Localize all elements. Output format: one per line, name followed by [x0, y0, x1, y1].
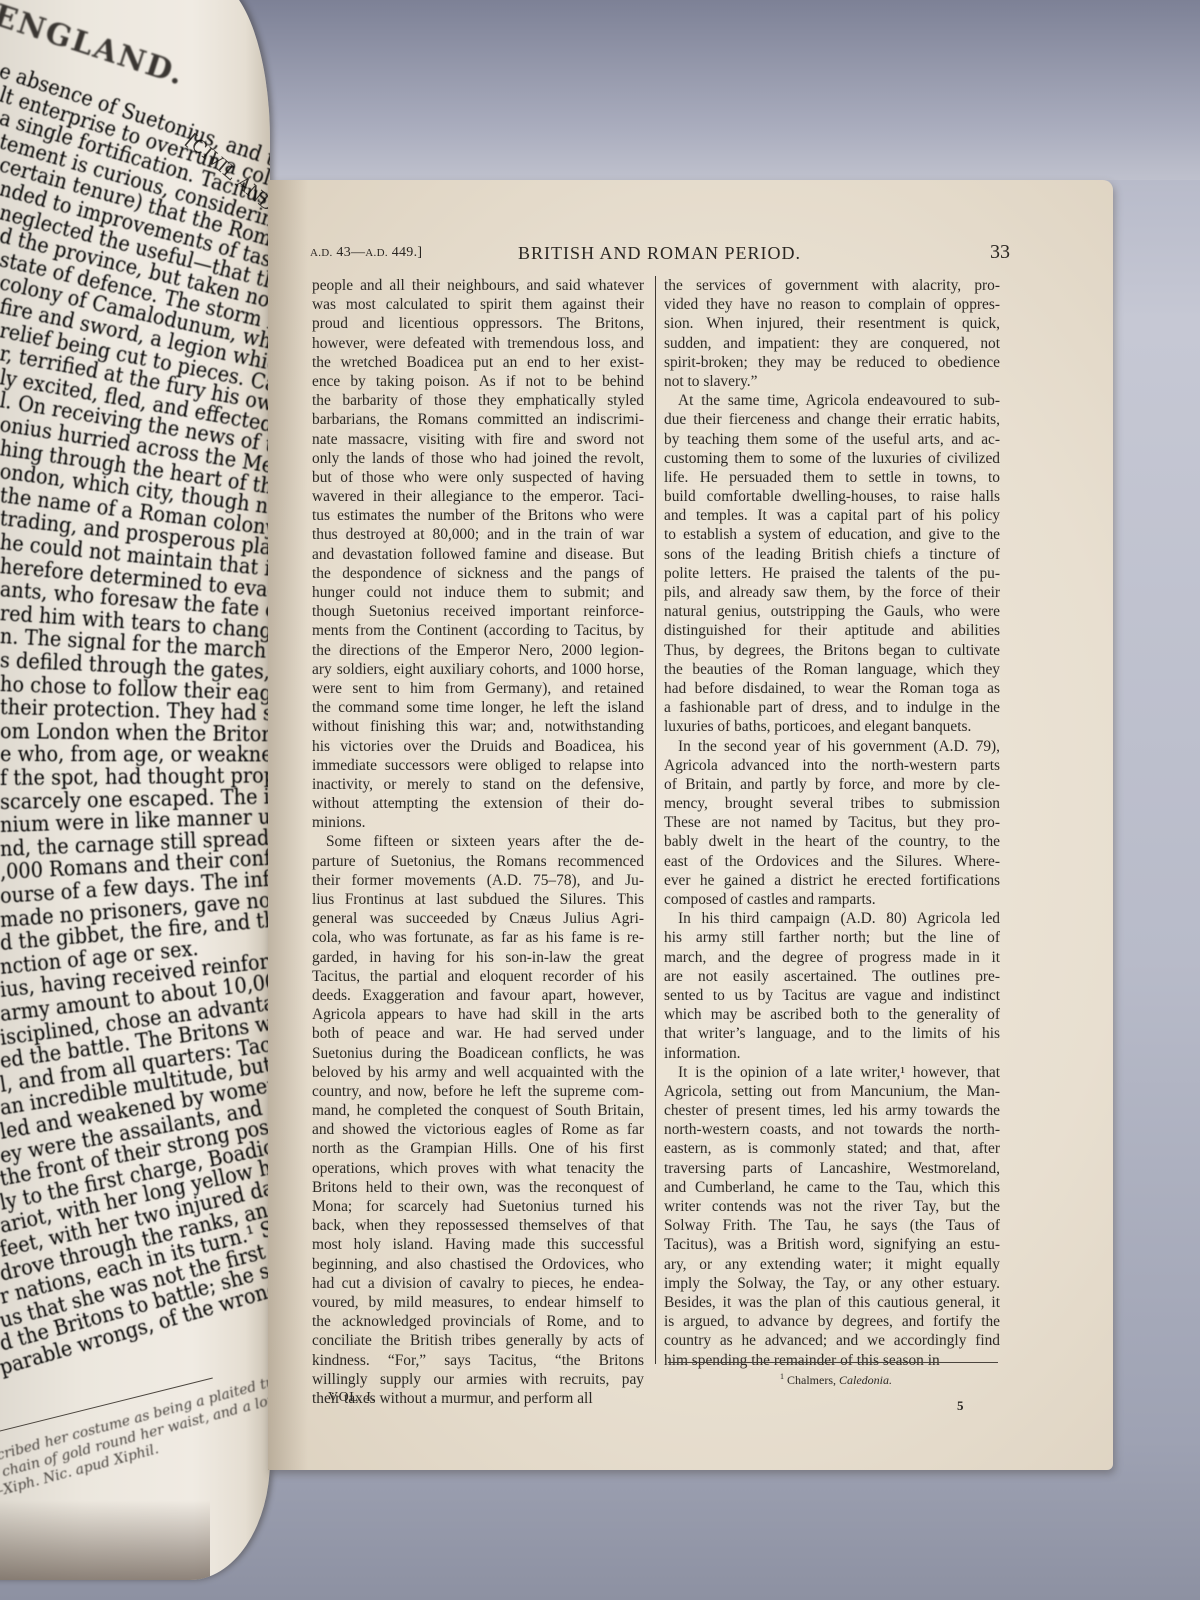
text-line: Britons held to their own, was the recon…: [312, 1178, 644, 1197]
text-line: east of the Ordovices and the Silures. W…: [664, 852, 1000, 871]
text-column-left: people and all their neighbours, and sai…: [312, 276, 644, 1408]
text-line: Tacitus), was a British word, signifying…: [664, 1235, 1000, 1254]
footnote: 1 Chalmers, Caledonia.: [780, 1372, 892, 1388]
text-line: back, when they repossessed themselves o…: [312, 1216, 644, 1235]
text-line: their former movements (A.D. 75–78), and…: [312, 871, 644, 890]
text-line: sudden, and impatient: they are conquere…: [664, 334, 1000, 353]
text-line: composed of castles and ramparts.: [664, 890, 1000, 909]
text-line: the directions of the Emperor Nero, 2000…: [312, 641, 644, 660]
text-line: lius Frontinus at last subdued the Silur…: [312, 890, 644, 909]
text-line: imply the Solway, the Tay, or any other …: [664, 1274, 1000, 1293]
volume-signature: VOL. I.: [328, 1390, 375, 1406]
text-line: chester of present times, led his army t…: [664, 1101, 1000, 1120]
text-line: kindness. “For,” says Tacitus, “the Brit…: [312, 1351, 644, 1370]
footnote-rule: [668, 1362, 998, 1363]
text-line: life. He persuaded them to settle in tow…: [664, 468, 1000, 487]
running-head-title: BRITISH AND ROMAN PERIOD.: [518, 243, 801, 264]
text-line: parture of Suetonius, the Romans recomme…: [312, 852, 644, 871]
text-line: These are not named by Tacitus, but they…: [664, 813, 1000, 832]
text-line: distinguished for their aptitude and abi…: [664, 621, 1000, 640]
text-line: Agricola advanced into the north-western…: [664, 756, 1000, 775]
text-line: Thus, by degrees, the Britons began to c…: [664, 641, 1000, 660]
text-line: beginning, and also chastised the Ordovi…: [312, 1255, 644, 1274]
text-line: was most calculated to spirit them again…: [312, 295, 644, 314]
text-line: willingly supply our armies with recruit…: [312, 1370, 644, 1389]
text-line: customing them to some of the luxuries o…: [664, 449, 1000, 468]
text-line: deeds. Exaggeration and favour apart, ho…: [312, 986, 644, 1005]
text-line: wavered in their allegiance to the emper…: [312, 487, 644, 506]
text-line: writer contends was not the river Tay, b…: [664, 1197, 1000, 1216]
text-line: Agricola, setting out from Mancunium, th…: [664, 1082, 1000, 1101]
text-line: At the same time, Agricola endeavoured t…: [664, 391, 1000, 410]
text-line: people and all their neighbours, and sai…: [312, 276, 644, 295]
text-line: beloved by his army and well acquainted …: [312, 1063, 644, 1082]
text-line: north-western coasts, and not towards th…: [664, 1120, 1000, 1139]
text-line: In his third campaign (A.D. 80) Agricola…: [664, 909, 1000, 928]
text-line: most holy island. Having made this succe…: [312, 1235, 644, 1254]
text-line: Some fifteen or sixteen years after the …: [312, 832, 644, 851]
text-line: the despondence of sickness and the pang…: [312, 564, 644, 583]
text-line: the barbarity of those they emphatically…: [312, 391, 644, 410]
text-line: by teaching them some of the useful arts…: [664, 430, 1000, 449]
text-line: proud and licentious oppressors. The Bri…: [312, 314, 644, 333]
text-line: tus estimates the number of the Britons …: [312, 506, 644, 525]
text-line: without attempting the extension of thei…: [312, 794, 644, 813]
text-line: is argued, to advance by degrees, and fo…: [664, 1312, 1000, 1331]
text-line: immediate successors were obliged to rel…: [312, 756, 644, 775]
text-line: cola, who was fortunate, as far as his f…: [312, 928, 644, 947]
text-line: but of those who were only suspected of …: [312, 468, 644, 487]
text-line: north as the Grampian Hills. One of his …: [312, 1139, 644, 1158]
text-line: and Cumberland, he came to the Tau, whic…: [664, 1178, 1000, 1197]
text-line: without finishing this war; and, notwith…: [312, 717, 644, 736]
text-line: Mona; for scarcely had Suetonius turned …: [312, 1197, 644, 1216]
text-line: are not easily ascertained. The outlines…: [664, 967, 1000, 986]
text-line: traversing parts of Lancashire, Westmore…: [664, 1159, 1000, 1178]
text-line: march, and the degree of progress made i…: [664, 948, 1000, 967]
text-line: though Suetonius received important rein…: [312, 602, 644, 621]
text-line: due their fierceness and change their er…: [664, 410, 1000, 429]
text-line: It is the opinion of a late writer,¹ how…: [664, 1063, 1000, 1082]
text-line: that writer’s language, and to the limit…: [664, 1024, 1000, 1043]
text-line: sons of the leading British chiefs a tin…: [664, 545, 1000, 564]
text-line: the acknowledged provincials of Rome, an…: [312, 1312, 644, 1331]
text-line: Besides, it was the plan of this cautiou…: [664, 1293, 1000, 1312]
text-line: information.: [664, 1044, 1000, 1063]
page-edge-shadow: [0, 1500, 210, 1580]
text-line: hunger could not induce them to submit; …: [312, 583, 644, 602]
text-line: polite letters. He praised the talents o…: [664, 564, 1000, 583]
text-line: his army still farther north; but the li…: [664, 928, 1000, 947]
text-line: Solway Frith. The Tau, he says (the Taus…: [664, 1216, 1000, 1235]
text-line: Agricola appears to have had skill in th…: [312, 1005, 644, 1024]
text-line: him spending the remainder of this seaso…: [664, 1351, 1000, 1370]
text-line: had before disdained, to wear the Roman …: [664, 679, 1000, 698]
text-line: the beauties of the Roman language, whic…: [664, 660, 1000, 679]
text-line: only the lands of those who had joined t…: [312, 449, 644, 468]
column-divider-rule: [655, 276, 656, 1364]
text-line: thus destroyed at 80,000; and in the tra…: [312, 525, 644, 544]
text-line: sented to us by Tacitus are vague and in…: [664, 986, 1000, 1005]
text-line: general was succeeded by Cnæus Julius Ag…: [312, 909, 644, 928]
text-line: pils, and already saw them, by the force…: [664, 583, 1000, 602]
text-line: Suetonius during the Boadicean conflicts…: [312, 1044, 644, 1063]
text-line: sion. When injured, their resentment is …: [664, 314, 1000, 333]
text-line: garded, in having for his son-in-law the…: [312, 948, 644, 967]
text-line: were sent to him from Germany), and reta…: [312, 679, 644, 698]
text-line: of Britain, and partly by force, and mor…: [664, 775, 1000, 794]
text-line: country, and now, before he left the sup…: [312, 1082, 644, 1101]
text-line: his victories over the Druids and Boadic…: [312, 737, 644, 756]
running-head: A.D. 43—A.D. 449.] BRITISH AND ROMAN PER…: [310, 243, 1010, 267]
text-line: ever he gained a district he erected for…: [664, 871, 1000, 890]
text-column-right: the services of government with alacrity…: [664, 276, 1000, 1370]
page-number: 33: [990, 241, 1010, 264]
text-line: inactivity, or merely to stand on the de…: [312, 775, 644, 794]
left-page: ENGLAND. [CIVIL AND MILITARY e absence o…: [0, 0, 270, 1580]
text-line: ary soldiers, eight auxiliary cohorts, a…: [312, 660, 644, 679]
text-line: the services of government with alacrity…: [664, 276, 1000, 295]
text-line: mand, he completed the conquest of South…: [312, 1101, 644, 1120]
text-line: country as he advanced; and we according…: [664, 1331, 1000, 1350]
text-line: ence by taking poison. As if not to be b…: [312, 372, 644, 391]
text-line: and devastation followed famine and dise…: [312, 545, 644, 564]
text-line: had cut a division of cavalry to pieces,…: [312, 1274, 644, 1293]
text-line: a fashionable part of dress, and to indu…: [664, 698, 1000, 717]
gathering-signature-number: 5: [957, 1398, 964, 1414]
text-line: natural genius, outstripping the Gauls, …: [664, 602, 1000, 621]
text-line: conciliate the British tribes generally …: [312, 1331, 644, 1350]
text-line: bably dwelt in the heart of the country,…: [664, 832, 1000, 851]
text-line: voured, by mild measures, to endear hims…: [312, 1293, 644, 1312]
text-line: build comfortable dwelling-houses, to ra…: [664, 487, 1000, 506]
text-line: which may be ascribed both to the genera…: [664, 1005, 1000, 1024]
text-line: luxuries of baths, porticoes, and elegan…: [664, 717, 1000, 736]
text-line: operations, which proves with what tenac…: [312, 1159, 644, 1178]
text-line: minions.: [312, 813, 644, 832]
text-line: mency, brought several tribes to submiss…: [664, 794, 1000, 813]
gutter-shadow: [268, 180, 308, 1470]
text-line: the command some time longer, he left th…: [312, 698, 644, 717]
text-line: and temples. It was a capital part of hi…: [664, 506, 1000, 525]
text-line: ments from the Continent (according to T…: [312, 621, 644, 640]
text-line: the wretched Boadicea put an end to her …: [312, 353, 644, 372]
text-line: barbarians, the Romans committed an indi…: [312, 410, 644, 429]
text-line: not to slavery.”: [664, 372, 1000, 391]
text-line: however, were defeated with tremendous l…: [312, 334, 644, 353]
text-line: to establish a system of education, and …: [664, 525, 1000, 544]
text-line: In the second year of his government (A.…: [664, 737, 1000, 756]
text-line: ary, or any extending water; it might eq…: [664, 1255, 1000, 1274]
text-line: both of peace and war. He had served und…: [312, 1024, 644, 1043]
text-line: vided they have no reason to complain of…: [664, 295, 1000, 314]
text-line: and showed the victorious eagles of Rome…: [312, 1120, 644, 1139]
text-line: nate massacre, visiting with fire and sw…: [312, 430, 644, 449]
text-line: eastern, as is commonly stated; and that…: [664, 1139, 1000, 1158]
text-line: Tacitus, the partial and eloquent record…: [312, 967, 644, 986]
running-head-date-range: A.D. 43—A.D. 449.]: [310, 245, 422, 261]
text-line: spirit-broken; they may be reduced to ob…: [664, 353, 1000, 372]
